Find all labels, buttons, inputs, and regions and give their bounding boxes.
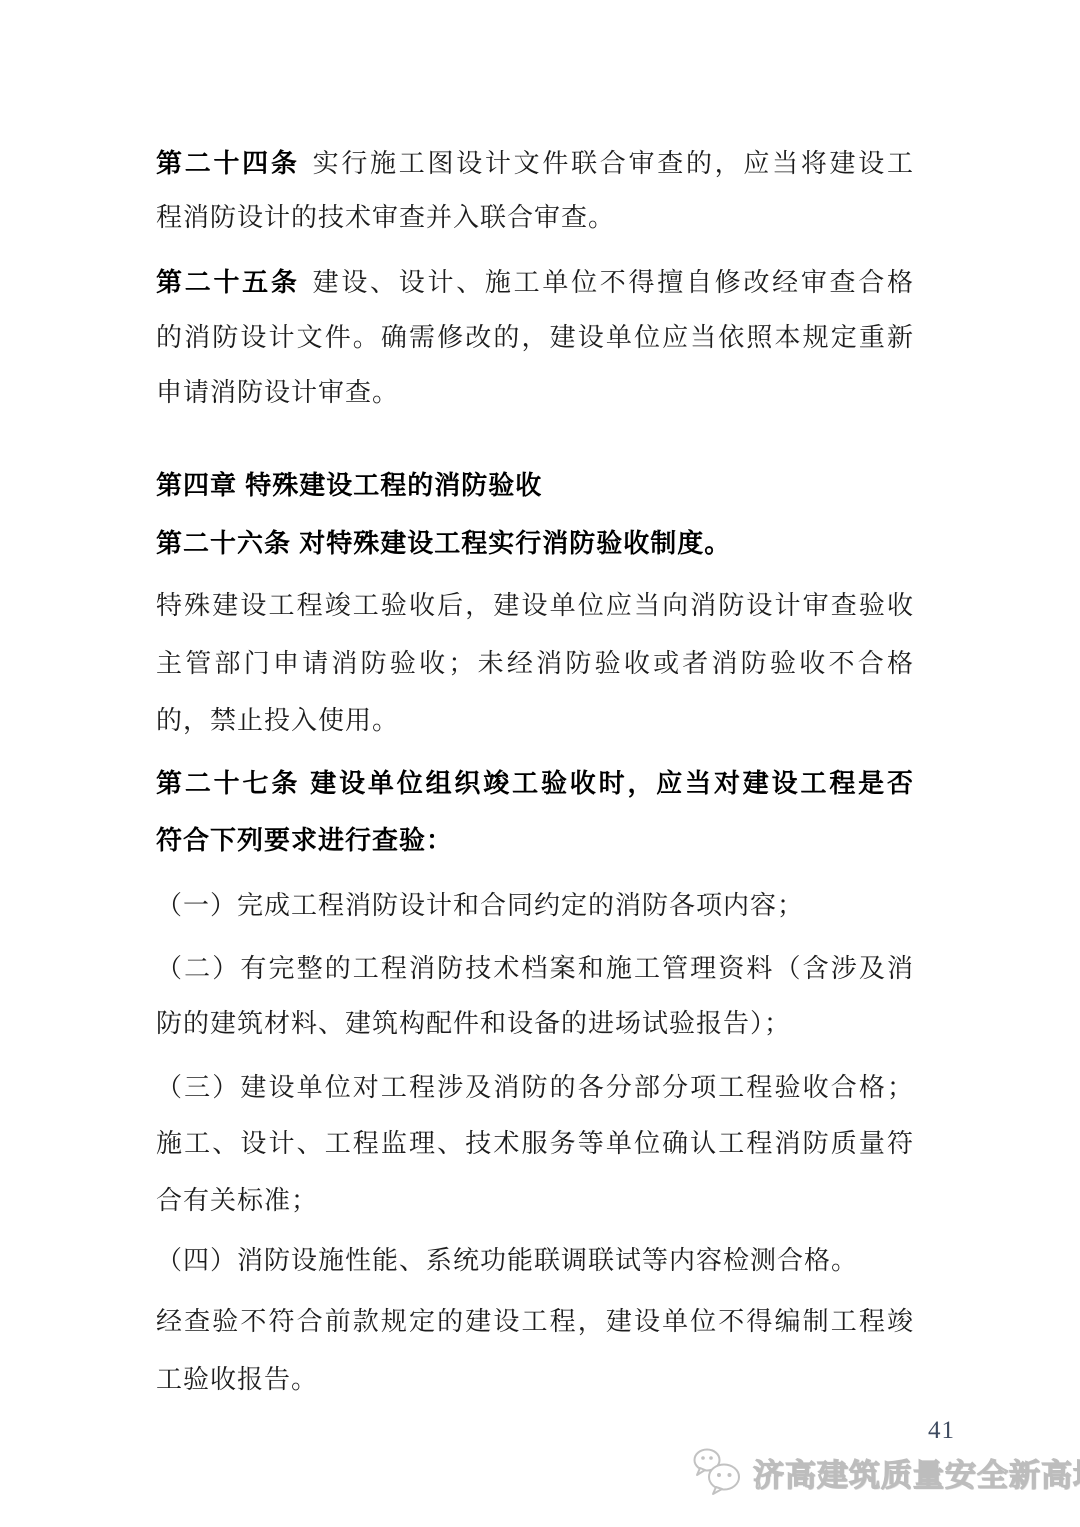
doc-line: 的，禁止投入使用。 [156, 705, 914, 737]
wechat-icon [692, 1447, 744, 1497]
article-line: 第二十五条建设、设计、施工单位不得擅自修改经审查合格 [156, 267, 914, 299]
doc-line: 符合下列要求进行查验： [156, 825, 914, 857]
list-item: （三）建设单位对工程涉及消防的各分部分项工程验收合格； [156, 1072, 914, 1104]
watermark: 济高建筑质量安全新高地 [692, 1447, 1080, 1497]
doc-line: 主管部门申请消防验收；未经消防验收或者消防验收不合格 [156, 648, 914, 680]
doc-line: 申请消防设计审查。 [156, 377, 914, 409]
doc-line: 施工、设计、工程监理、技术服务等单位确认工程消防质量符 [156, 1128, 914, 1160]
list-item: （二）有完整的工程消防技术档案和施工管理资料（含涉及消 [156, 953, 914, 985]
article-number: 第二十五条 [156, 267, 300, 297]
doc-line: 工验收报告。 [156, 1364, 914, 1396]
article-number: 第二十四条 [156, 148, 300, 178]
doc-line: 程消防设计的技术审查并入联合审查。 [156, 202, 914, 234]
article-line: 第二十七条 建设单位组织竣工验收时，应当对建设工程是否 [156, 768, 914, 800]
article-line: 第二十四条实行施工图设计文件联合审查的，应当将建设工 [156, 148, 914, 180]
page-number: 41 [928, 1417, 955, 1445]
list-item: （一）完成工程消防设计和合同约定的消防各项内容； [156, 890, 914, 922]
article-text: 建设、设计、施工单位不得擅自修改经审查合格 [313, 268, 914, 297]
chapter-heading: 第四章 特殊建设工程的消防验收 [156, 470, 914, 502]
document-page: 第二十四条实行施工图设计文件联合审查的，应当将建设工 程消防设计的技术审查并入联… [0, 0, 1080, 1527]
list-item: （四）消防设施性能、系统功能联调联试等内容检测合格。 [156, 1245, 914, 1277]
doc-line: 防的建筑材料、建筑构配件和设备的进场试验报告）； [156, 1008, 914, 1040]
article-line: 第二十六条 对特殊建设工程实行消防验收制度。 [156, 528, 914, 560]
doc-line: 的消防设计文件。确需修改的，建设单位应当依照本规定重新 [156, 322, 914, 354]
doc-line: 合有关标准； [156, 1185, 914, 1217]
doc-line: 经查验不符合前款规定的建设工程，建设单位不得编制工程竣 [156, 1306, 914, 1338]
doc-line: 特殊建设工程竣工验收后，建设单位应当向消防设计审查验收 [156, 590, 914, 622]
watermark-text: 济高建筑质量安全新高地 [753, 1450, 1080, 1495]
article-text: 实行施工图设计文件联合审查的，应当将建设工 [313, 149, 914, 178]
